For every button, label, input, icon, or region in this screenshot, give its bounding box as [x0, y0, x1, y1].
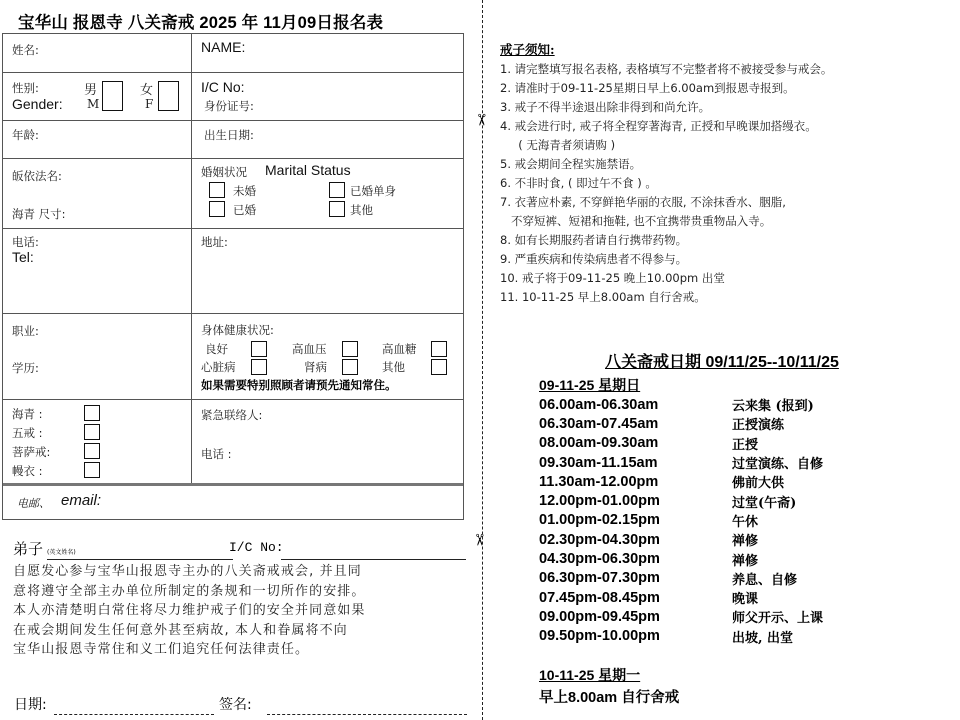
- schedule-row: 09.30am-11.15am过堂演练、自修: [539, 453, 939, 472]
- schedule-activity: 过堂演练、自修: [732, 453, 823, 472]
- schedule-time: 08.00am-09.30am: [539, 435, 732, 451]
- email-cn-label: 电邮、: [17, 495, 50, 511]
- email-en-label: email:: [61, 492, 101, 509]
- schedule-time: 06.30am-07.45am: [539, 416, 732, 432]
- bodhisattva-precepts-checkbox[interactable]: [84, 443, 100, 459]
- schedule-time: 04.30pm-06.30pm: [539, 551, 732, 567]
- schedule-row: 06.00am-06.30am云来集 (报到): [539, 395, 939, 414]
- schedule-section: 八关斋戒日期 09/11/25--10/11/25 09-11-25 星期日 0…: [539, 349, 939, 707]
- gender-cn-label: 性别:: [12, 80, 39, 96]
- signature-label: 签名:: [219, 694, 252, 714]
- five-precepts-label: 五戒 :: [12, 425, 43, 441]
- five-precepts-checkbox[interactable]: [84, 424, 100, 440]
- pledge-line: 宝华山报恩寺常住和义工们追究任何法律责任。: [13, 640, 473, 660]
- signature-field[interactable]: [267, 714, 467, 715]
- dob-field[interactable]: 出生日期:: [192, 121, 463, 158]
- heart-disease-checkbox[interactable]: [251, 359, 267, 375]
- row-occupation-health: 职业: 学历: 身体健康状况: 良好 高血压 高血糖 心脏病 肾病 其他 如果需…: [3, 314, 463, 400]
- notice-heading: 戒子须知:: [500, 40, 958, 58]
- pledge-line: 本人亦清楚明白常住将尽力维护戒子们的安全并同意如果: [13, 601, 473, 621]
- schedule-time: 11.30am-12.00pm: [539, 474, 732, 490]
- schedule-time: 06.30pm-07.30pm: [539, 570, 732, 586]
- schedule-row: 06.30pm-07.30pm养息、自修: [539, 569, 939, 588]
- health-good-checkbox[interactable]: [251, 341, 267, 357]
- pledge-line: 在戒会期间发生任何意外甚至病故, 本人和眷属将不向: [13, 621, 473, 641]
- phone-en-label: Tel:: [12, 249, 34, 265]
- schedule-time: 12.00pm-01.00pm: [539, 493, 732, 509]
- notice-item: 10. 戒子将于09-11-25 晚上10.00pm 出堂: [500, 269, 958, 288]
- marital-title-cn: 婚姻状况: [201, 164, 247, 180]
- schedule-activity: 禅修: [732, 550, 758, 569]
- address-label: 地址:: [201, 234, 228, 250]
- hyperglycemia-label: 高血糖: [382, 341, 417, 357]
- occupation-label: 职业:: [12, 323, 39, 339]
- emergency-cell[interactable]: 紧急联络人: 电话 :: [192, 400, 463, 483]
- row-email: 电邮、 email:: [3, 486, 463, 519]
- robe-size-label: 海青 尺寸:: [12, 206, 66, 222]
- notice-item: ( 无海青者须请购 ): [500, 136, 958, 155]
- schedule-time: 01.00pm-02.15pm: [539, 512, 732, 528]
- unmarried-checkbox[interactable]: [209, 182, 225, 198]
- scissors-icon: ✂: [473, 112, 489, 128]
- schedule-time: 09.00pm-09.45pm: [539, 609, 732, 625]
- schedule-time: 02.30pm-04.30pm: [539, 532, 732, 548]
- name-cn-label: 姓名:: [12, 42, 39, 58]
- health-cell: 身体健康状况: 良好 高血压 高血糖 心脏病 肾病 其他 如果需要特别照顾者请预…: [192, 314, 463, 399]
- unmarried-label: 未婚: [233, 183, 256, 199]
- ic-field[interactable]: I/C No: 身份证号:: [192, 73, 463, 120]
- hyperglycemia-checkbox[interactable]: [431, 341, 447, 357]
- precepts-notice: 戒子须知: 1. 请完整填写报名表格, 表格填写不完整者将不被接受参与戒会。 2…: [500, 40, 958, 307]
- hypertension-label: 高血压: [292, 341, 327, 357]
- schedule-activity: 禅修: [732, 530, 758, 549]
- schedule-activity: 养息、自修: [732, 569, 797, 588]
- cut-line: [482, 0, 483, 720]
- ic-en-label: I/C No:: [201, 79, 245, 95]
- email-field[interactable]: 电邮、 email:: [3, 486, 463, 519]
- row-name: 姓名: NAME:: [3, 34, 463, 73]
- kidney-disease-label: 肾病: [304, 359, 327, 375]
- bodhisattva-precepts-label: 菩萨戒:: [12, 444, 50, 460]
- schedule-row: 01.00pm-02.15pm午休: [539, 511, 939, 530]
- pledge-line: 意将遵守全部主办单位所制定的条规和一切所作的安排。: [13, 582, 473, 602]
- row-gender-ic: 性别: Gender: 男 M 女 F I/C No: 身份证号:: [3, 73, 463, 121]
- notice-item: 11. 10-11-25 早上8.00am 自行舍戒。: [500, 288, 958, 307]
- disciple-note: (英文姓名): [47, 547, 76, 556]
- age-label: 年龄:: [12, 127, 39, 143]
- schedule-day2-item: 早上8.00am 自行舍戒: [539, 686, 939, 707]
- heart-disease-label: 心脏病: [201, 359, 236, 375]
- male-checkbox[interactable]: [102, 81, 123, 111]
- signature-row: 日期: 签名:: [14, 694, 474, 716]
- pledge-ic-field[interactable]: [281, 559, 466, 560]
- schedule-title: 八关斋戒日期 09/11/25--10/11/25: [605, 349, 939, 372]
- hypertension-checkbox[interactable]: [342, 341, 358, 357]
- robe-item-checkbox[interactable]: [84, 405, 100, 421]
- gender-en-label: Gender:: [12, 96, 63, 112]
- schedule-row: 04.30pm-06.30pm禅修: [539, 549, 939, 568]
- notice-item: 5. 戒会期间全程实施禁语。: [500, 155, 958, 174]
- pledge-ic-label: I/C No:: [229, 540, 284, 555]
- health-other-label: 其他: [382, 359, 405, 375]
- education-label: 学历:: [12, 360, 39, 376]
- married-label: 已婚: [233, 202, 256, 218]
- notice-item: 7. 衣著应朴素, 不穿鲜艳华丽的衣服, 不涂抹香水、胭脂,: [500, 193, 958, 212]
- schedule-time: 09.50pm-10.00pm: [539, 628, 732, 644]
- notice-item: 9. 严重疾病和传染病患者不得参与。: [500, 250, 958, 269]
- scissors-icon: ✂: [471, 532, 487, 548]
- schedule-time: 09.30am-11.15am: [539, 455, 732, 471]
- schedule-day2: 10-11-25 星期一: [539, 665, 939, 685]
- name-en-label: NAME:: [201, 39, 245, 55]
- disciple-label: 弟子: [13, 538, 43, 559]
- schedule-activity: 正授: [732, 434, 758, 453]
- notice-item: 2. 请准时于09-11-25星期日早上6.00am到报恩寺报到。: [500, 79, 958, 98]
- marital-cell: 婚姻状况 Marital Status 未婚 已婚单身 已婚 其他: [192, 159, 463, 228]
- robe-item-label: 海青 :: [12, 406, 43, 422]
- notice-item: 4. 戒会进行时, 戒子将全程穿著海青, 正授和早晚课加搭缦衣。: [500, 117, 958, 136]
- schedule-day1: 09-11-25 星期日: [539, 375, 939, 395]
- row-age-dob: 年龄: 出生日期:: [3, 121, 463, 159]
- pledge-header: 弟子 (英文姓名) I/C No:: [13, 538, 473, 562]
- schedule-row: 02.30pm-04.30pm禅修: [539, 530, 939, 549]
- disciple-name-field[interactable]: [47, 559, 233, 560]
- schedule-activity: 云来集 (报到): [732, 395, 814, 414]
- schedule-row: 06.30am-07.45am正授演练: [539, 414, 939, 433]
- kidney-disease-checkbox[interactable]: [342, 359, 358, 375]
- health-good-label: 良好: [205, 341, 228, 357]
- schedule-activity: 出坡, 出堂: [732, 627, 793, 646]
- form-title: 宝华山 报恩寺 八关斋戒 2025 年 11月09日报名表: [18, 9, 458, 33]
- dharma-cell[interactable]: 皈依法名: 海青 尺寸:: [3, 159, 192, 228]
- dharma-name-label: 皈依法名:: [12, 168, 62, 184]
- gender-cell: 性别: Gender: 男 M 女 F: [3, 73, 192, 120]
- pledge-section: 弟子 (英文姓名) I/C No: 自愿发心参与宝华山报恩寺主办的八关斋戒戒会,…: [13, 538, 473, 660]
- health-other-checkbox[interactable]: [431, 359, 447, 375]
- schedule-row: 08.00am-09.30am正授: [539, 434, 939, 453]
- female-cn-label: 女: [140, 79, 153, 98]
- schedule-activity: 佛前大供: [732, 472, 784, 491]
- schedule-time: 06.00am-06.30am: [539, 397, 732, 413]
- schedule-row: 12.00pm-01.00pm过堂(午斋): [539, 491, 939, 510]
- marital-title-en: Marital Status: [265, 162, 351, 178]
- notice-item: 6. 不非时食, ( 即过午不食 ) 。: [500, 174, 958, 193]
- name-cn-field[interactable]: 姓名:: [3, 34, 192, 72]
- married-single-label: 已婚单身: [350, 183, 396, 199]
- row-phone-address: 电话: Tel: 地址:: [3, 229, 463, 314]
- notice-item: 8. 如有长期服药者请自行携带药物。: [500, 231, 958, 250]
- schedule-row: 09.50pm-10.00pm出坡, 出堂: [539, 627, 939, 646]
- health-note: 如果需要特别照顾者请预先通知常住。: [201, 377, 397, 393]
- schedule-row: 07.45pm-08.45pm晚课: [539, 588, 939, 607]
- married-single-checkbox[interactable]: [329, 182, 345, 198]
- ic-cn-label: 身份证号:: [204, 98, 254, 114]
- age-field[interactable]: 年龄:: [3, 121, 192, 158]
- occupation-cell[interactable]: 职业: 学历:: [3, 314, 192, 399]
- schedule-activity: 师父开示、上课: [732, 607, 823, 626]
- marital-other-label: 其他: [350, 202, 373, 218]
- schedule-row: 11.30am-12.00pm佛前大供: [539, 472, 939, 491]
- manyi-label: 幔衣 :: [12, 463, 43, 479]
- schedule-row: 09.00pm-09.45pm师父开示、上课: [539, 607, 939, 626]
- row-dharma-marital: 皈依法名: 海青 尺寸: 婚姻状况 Marital Status 未婚 已婚单身…: [3, 159, 463, 229]
- male-en-label: M: [87, 97, 99, 111]
- address-field[interactable]: 地址:: [192, 229, 463, 313]
- female-en-label: F: [145, 97, 153, 111]
- date-field[interactable]: [54, 714, 214, 715]
- registration-form: 姓名: NAME: 性别: Gender: 男 M 女 F I/C No: 身份…: [2, 33, 464, 520]
- schedule-time: 07.45pm-08.45pm: [539, 590, 732, 606]
- female-checkbox[interactable]: [158, 81, 179, 111]
- schedule-activity: 午休: [732, 511, 758, 530]
- notice-item: 1. 请完整填写报名表格, 表格填写不完整者将不被接受参与戒会。: [500, 60, 958, 79]
- notice-item: 3. 戒子不得半途退出除非得到和尚允许。: [500, 98, 958, 117]
- pledge-line: 自愿发心参与宝华山报恩寺主办的八关斋戒戒会, 并且同: [13, 562, 473, 582]
- phone-cn-label: 电话:: [12, 234, 39, 250]
- items-cell: 海青 : 五戒 : 菩萨戒: 幔衣 :: [3, 400, 192, 483]
- phone-field[interactable]: 电话: Tel:: [3, 229, 192, 313]
- emergency-contact-label: 紧急联络人:: [201, 407, 262, 423]
- male-cn-label: 男: [84, 79, 97, 98]
- date-label: 日期:: [14, 694, 47, 714]
- health-title: 身体健康状况:: [201, 322, 274, 338]
- emergency-phone-label: 电话 :: [201, 446, 232, 462]
- name-en-field[interactable]: NAME:: [192, 34, 463, 72]
- dob-label: 出生日期:: [204, 127, 254, 143]
- row-items-emergency: 海青 : 五戒 : 菩萨戒: 幔衣 : 紧急联络人: 电话 :: [3, 400, 463, 486]
- notice-item: 不穿短裤、短裙和拖鞋, 也不宜携带贵重物品入寺。: [500, 212, 958, 231]
- married-checkbox[interactable]: [209, 201, 225, 217]
- schedule-activity: 晚课: [732, 588, 758, 607]
- schedule-activity: 过堂(午斋): [732, 492, 796, 511]
- manyi-checkbox[interactable]: [84, 462, 100, 478]
- marital-other-checkbox[interactable]: [329, 201, 345, 217]
- schedule-activity: 正授演练: [732, 414, 784, 433]
